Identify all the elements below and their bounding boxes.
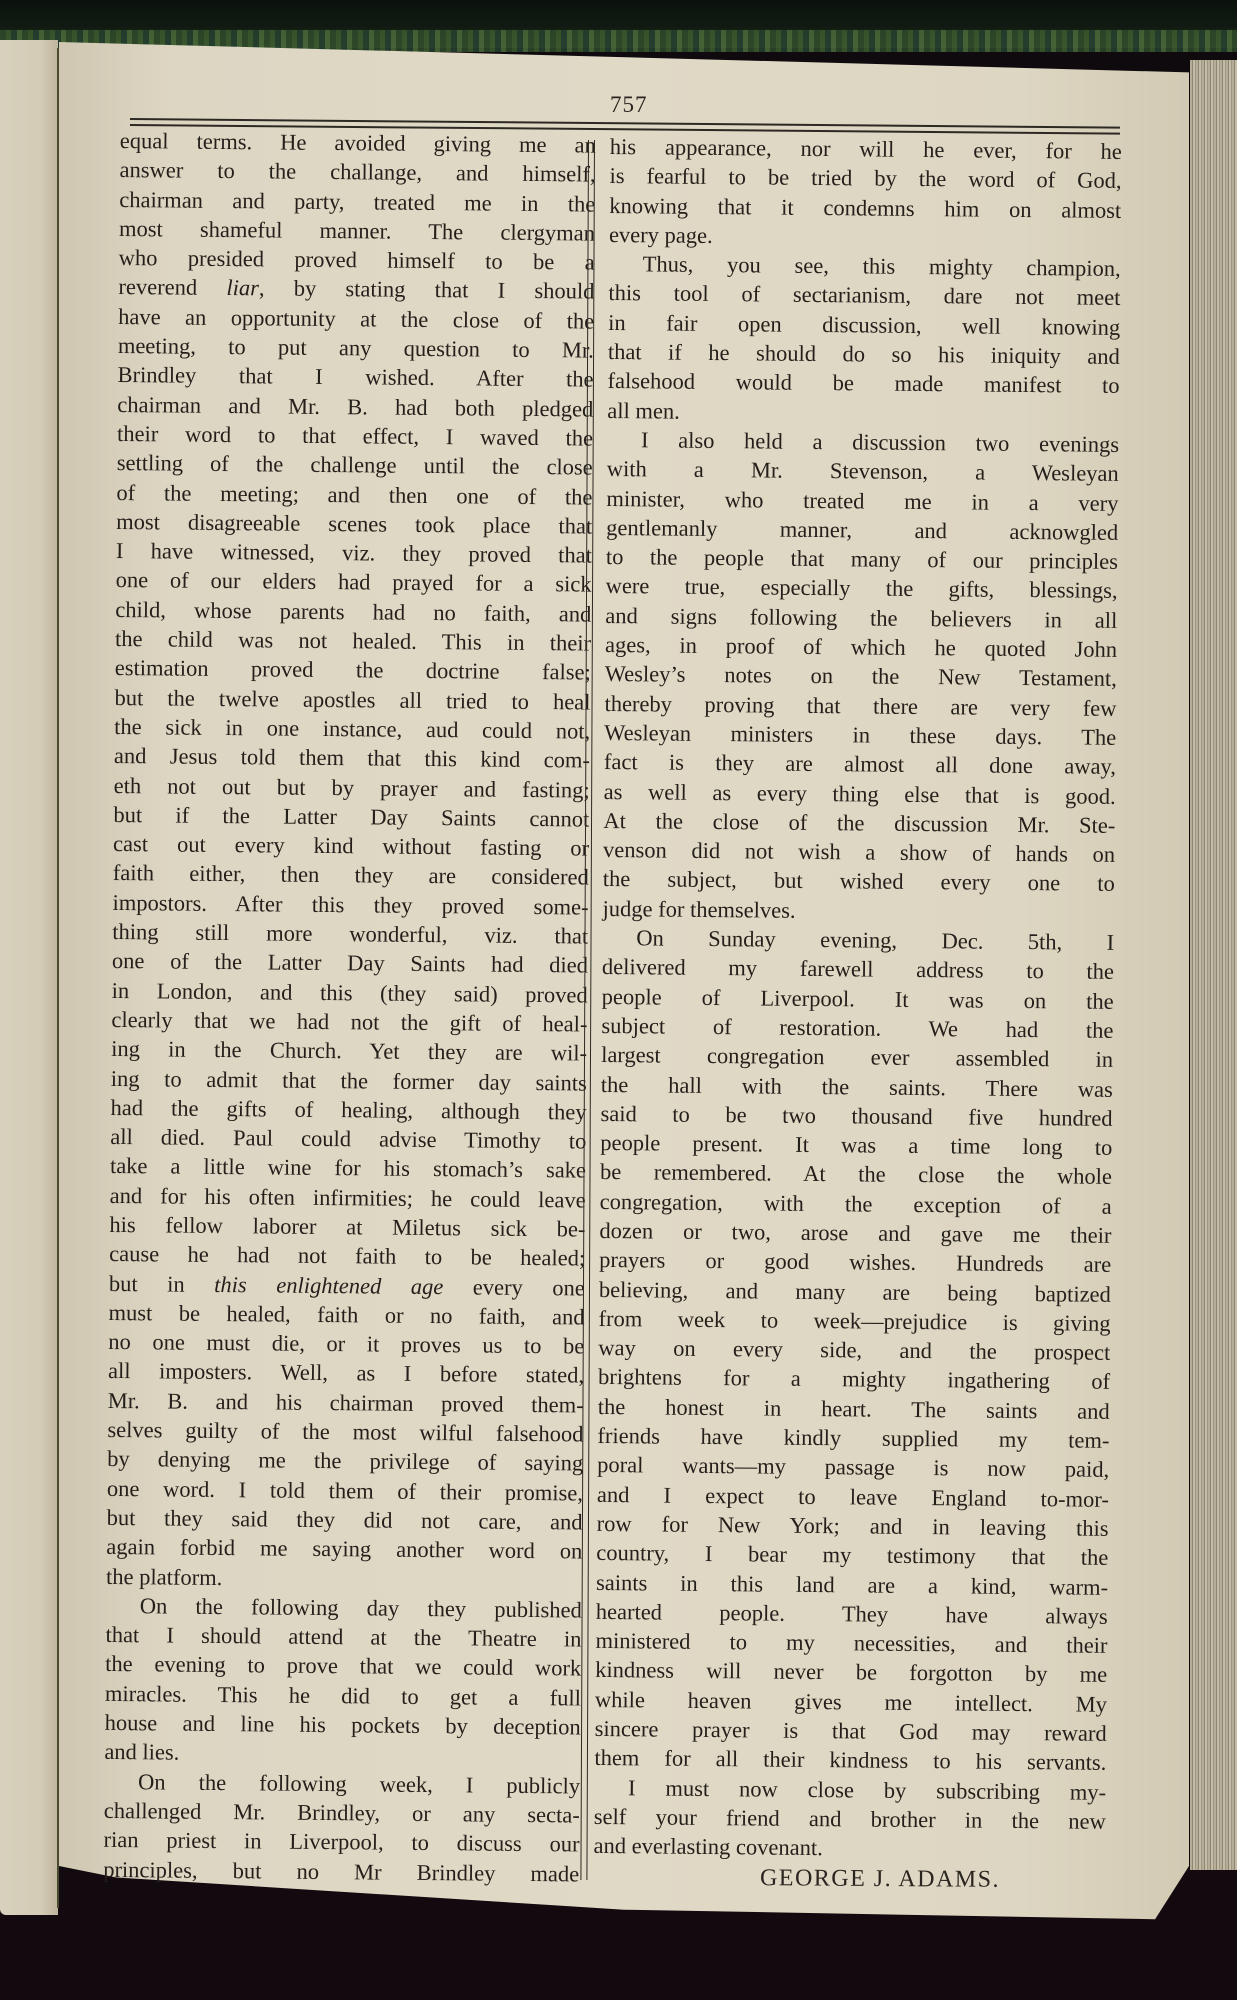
text-line: largest congregation ever assembled in: [601, 1040, 1113, 1074]
text-line: answer to the challange, and himself,: [119, 155, 595, 189]
text-line: On the following day they published: [106, 1591, 582, 1625]
text-line: them for all their kindness to his serva…: [594, 1743, 1106, 1777]
text-line: most shameful manner. The clergyman: [119, 214, 595, 248]
text-line: kindness will never be forgotton by me: [595, 1655, 1107, 1689]
text-line: but if the Latter Day Saints cannot: [113, 800, 589, 834]
text-line: rian priest in Liverpool, to discuss our: [103, 1825, 579, 1859]
text-line: principles, but no Mr Brindley made: [103, 1854, 579, 1888]
text-line: again forbid me saying another word on: [106, 1532, 582, 1566]
text-line: estimation proved the doctrine false;: [115, 653, 591, 687]
text-line: eth not out but by prayer and fasting;: [114, 771, 590, 805]
text-line: thing still more wonderful, viz. that: [112, 917, 588, 951]
text-line: one of the Latter Day Saints had died: [112, 946, 588, 980]
text-line: cast out every kind without fasting or: [113, 829, 589, 863]
text-line: On the following week, I publicly: [104, 1767, 580, 1801]
text-line: this tool of sectarianism, dare not meet: [608, 278, 1120, 312]
italic-emphasis: liar: [226, 276, 259, 301]
text-line: thereby proving that there are very few: [604, 689, 1116, 723]
text-line: the platform.: [106, 1561, 582, 1595]
text-line: knowing that it condemns him on almost: [609, 191, 1121, 225]
text-line: equal terms. He avoided giving me an: [120, 126, 596, 160]
text-line: I must now close by subscribing my-: [594, 1773, 1106, 1807]
text-line: the sick in one instance, aud could not,: [114, 712, 590, 746]
text-line: with a Mr. Stevenson, a Wesleyan: [607, 454, 1119, 488]
text-line: most disagreeable scenes took place that: [116, 507, 592, 541]
text-line: and for his often infirmities; he could …: [110, 1181, 586, 1215]
left-text-column: equal terms. He avoided giving me anansw…: [103, 126, 596, 1888]
text-line: his fellow laborer at Miletus sick be-: [109, 1210, 585, 1244]
page-number: 757: [610, 92, 648, 118]
text-line: meeting, to put any question to Mr.: [118, 331, 594, 365]
text-line: impostors. After this they proved some-: [112, 888, 588, 922]
text-line: I have witnessed, viz. they proved that: [116, 536, 592, 570]
text-line: that I should attend at the Theatre in: [105, 1620, 581, 1654]
text-line: clearly that we had not the gift of heal…: [111, 1005, 587, 1039]
text-line: all died. Paul could advise Timothy to: [110, 1122, 586, 1156]
text-line: had the gifts of healing, although they: [110, 1093, 586, 1127]
right-text-column: his appearance, nor will he ever, for he…: [593, 132, 1122, 1865]
text-line: house and line his pockets by deception: [105, 1708, 581, 1742]
previous-page-edge: [0, 40, 58, 1915]
text-line: fact is they are almost all done away,: [604, 747, 1116, 781]
text-line: as well as every thing else that is good…: [604, 777, 1116, 811]
text-line: Wesley’s notes on the New Testament,: [605, 659, 1117, 693]
text-line: one word. I told them of their promise,: [107, 1474, 583, 1508]
text-line: the evening to prove that we could work: [105, 1649, 581, 1683]
text-line: chairman and party, treated me in the: [119, 185, 595, 219]
text-line: believing, and many are being baptized: [599, 1275, 1111, 1309]
text-line: reverend liar, by stating that I should: [118, 272, 594, 306]
text-line: take a little wine for his stomach’s sak…: [110, 1151, 586, 1185]
text-line: the subject, but wished every one to: [603, 864, 1115, 898]
text-line: Mr. B. and his chairman proved them-: [108, 1386, 584, 1420]
text-line: poral wants—my passage is now paid,: [597, 1450, 1109, 1484]
text-line: people of Liverpool. It was on the: [602, 982, 1114, 1016]
text-line: and lies.: [104, 1737, 580, 1771]
text-line: settling of the challenge until the clos…: [117, 448, 593, 482]
text-line: but the twelve apostles all tried to hea…: [114, 683, 590, 717]
text-line: in London, and this (they said) proved: [112, 976, 588, 1010]
text-line: have an opportunity at the close of the: [118, 302, 594, 336]
text-line: the child was not healed. This in their: [115, 624, 591, 658]
text-line: all imposters. Well, as I before stated,: [108, 1356, 584, 1390]
text-line: by denying me the privilege of saying: [107, 1444, 583, 1478]
text-line: their word to that effect, I waved the: [117, 419, 593, 453]
text-line: were true, especially the gifts, blessin…: [606, 571, 1118, 605]
text-line: chairman and Mr. B. had both pledged: [117, 390, 593, 424]
text-line: is fearful to be tried by the word of Go…: [609, 161, 1121, 195]
text-line: cause he had not faith to be healed;: [109, 1239, 585, 1273]
signature: GEORGE J. ADAMS.: [760, 1865, 1000, 1894]
italic-emphasis: this enlightened age: [214, 1272, 443, 1299]
text-line: Brindley that I wished. After the: [117, 360, 593, 394]
text-line: brightens for a mighty ingathering of: [598, 1362, 1110, 1396]
page-stack-edges: [1190, 60, 1237, 1870]
text-line: country, I bear my testimony that the: [596, 1538, 1108, 1572]
text-line: prayers or good wishes. Hundreds are: [599, 1245, 1111, 1279]
text-line: ing to admit that the former day saints: [111, 1063, 587, 1097]
text-line: but they said they did not care, and: [107, 1503, 583, 1537]
text-line: ing in the Church. Yet they are wil-: [111, 1034, 587, 1068]
text-line: faith either, then they are considered: [113, 858, 589, 892]
text-line: and everlasting covenant.: [593, 1831, 1105, 1865]
text-line: of the meeting; and then one of the: [116, 478, 592, 512]
text-line: selves guilty of the most wilful falseho…: [107, 1415, 583, 1449]
text-line: no one must die, or it proves us to be: [108, 1327, 584, 1361]
text-line: the hall with the saints. There was: [601, 1069, 1113, 1103]
text-line: be remembered. At the close the whole: [600, 1157, 1112, 1191]
text-line: child, whose parents had no faith, and: [115, 595, 591, 629]
text-line: who presided proved himself to be a: [119, 243, 595, 277]
text-line: falsehood would be made manifest to: [607, 366, 1119, 400]
text-line: delivered my farewell address to the: [602, 952, 1114, 986]
book-gutter: [57, 48, 59, 1908]
text-line: miracles. This he did to get a full: [105, 1679, 581, 1713]
text-line: one of our elders had prayed for a sick: [116, 565, 592, 599]
text-line: and Jesus told them that this kind com-: [114, 741, 590, 775]
text-line: minister, who treated me in a very: [606, 484, 1118, 518]
text-line: must be healed, faith or no faith, and: [108, 1298, 584, 1332]
text-line: but in this enlightened age every one: [109, 1269, 585, 1303]
text-line: saints in this land are a kind, warm-: [596, 1567, 1108, 1601]
text-line: challenged Mr. Brindley, or any secta-: [104, 1796, 580, 1830]
